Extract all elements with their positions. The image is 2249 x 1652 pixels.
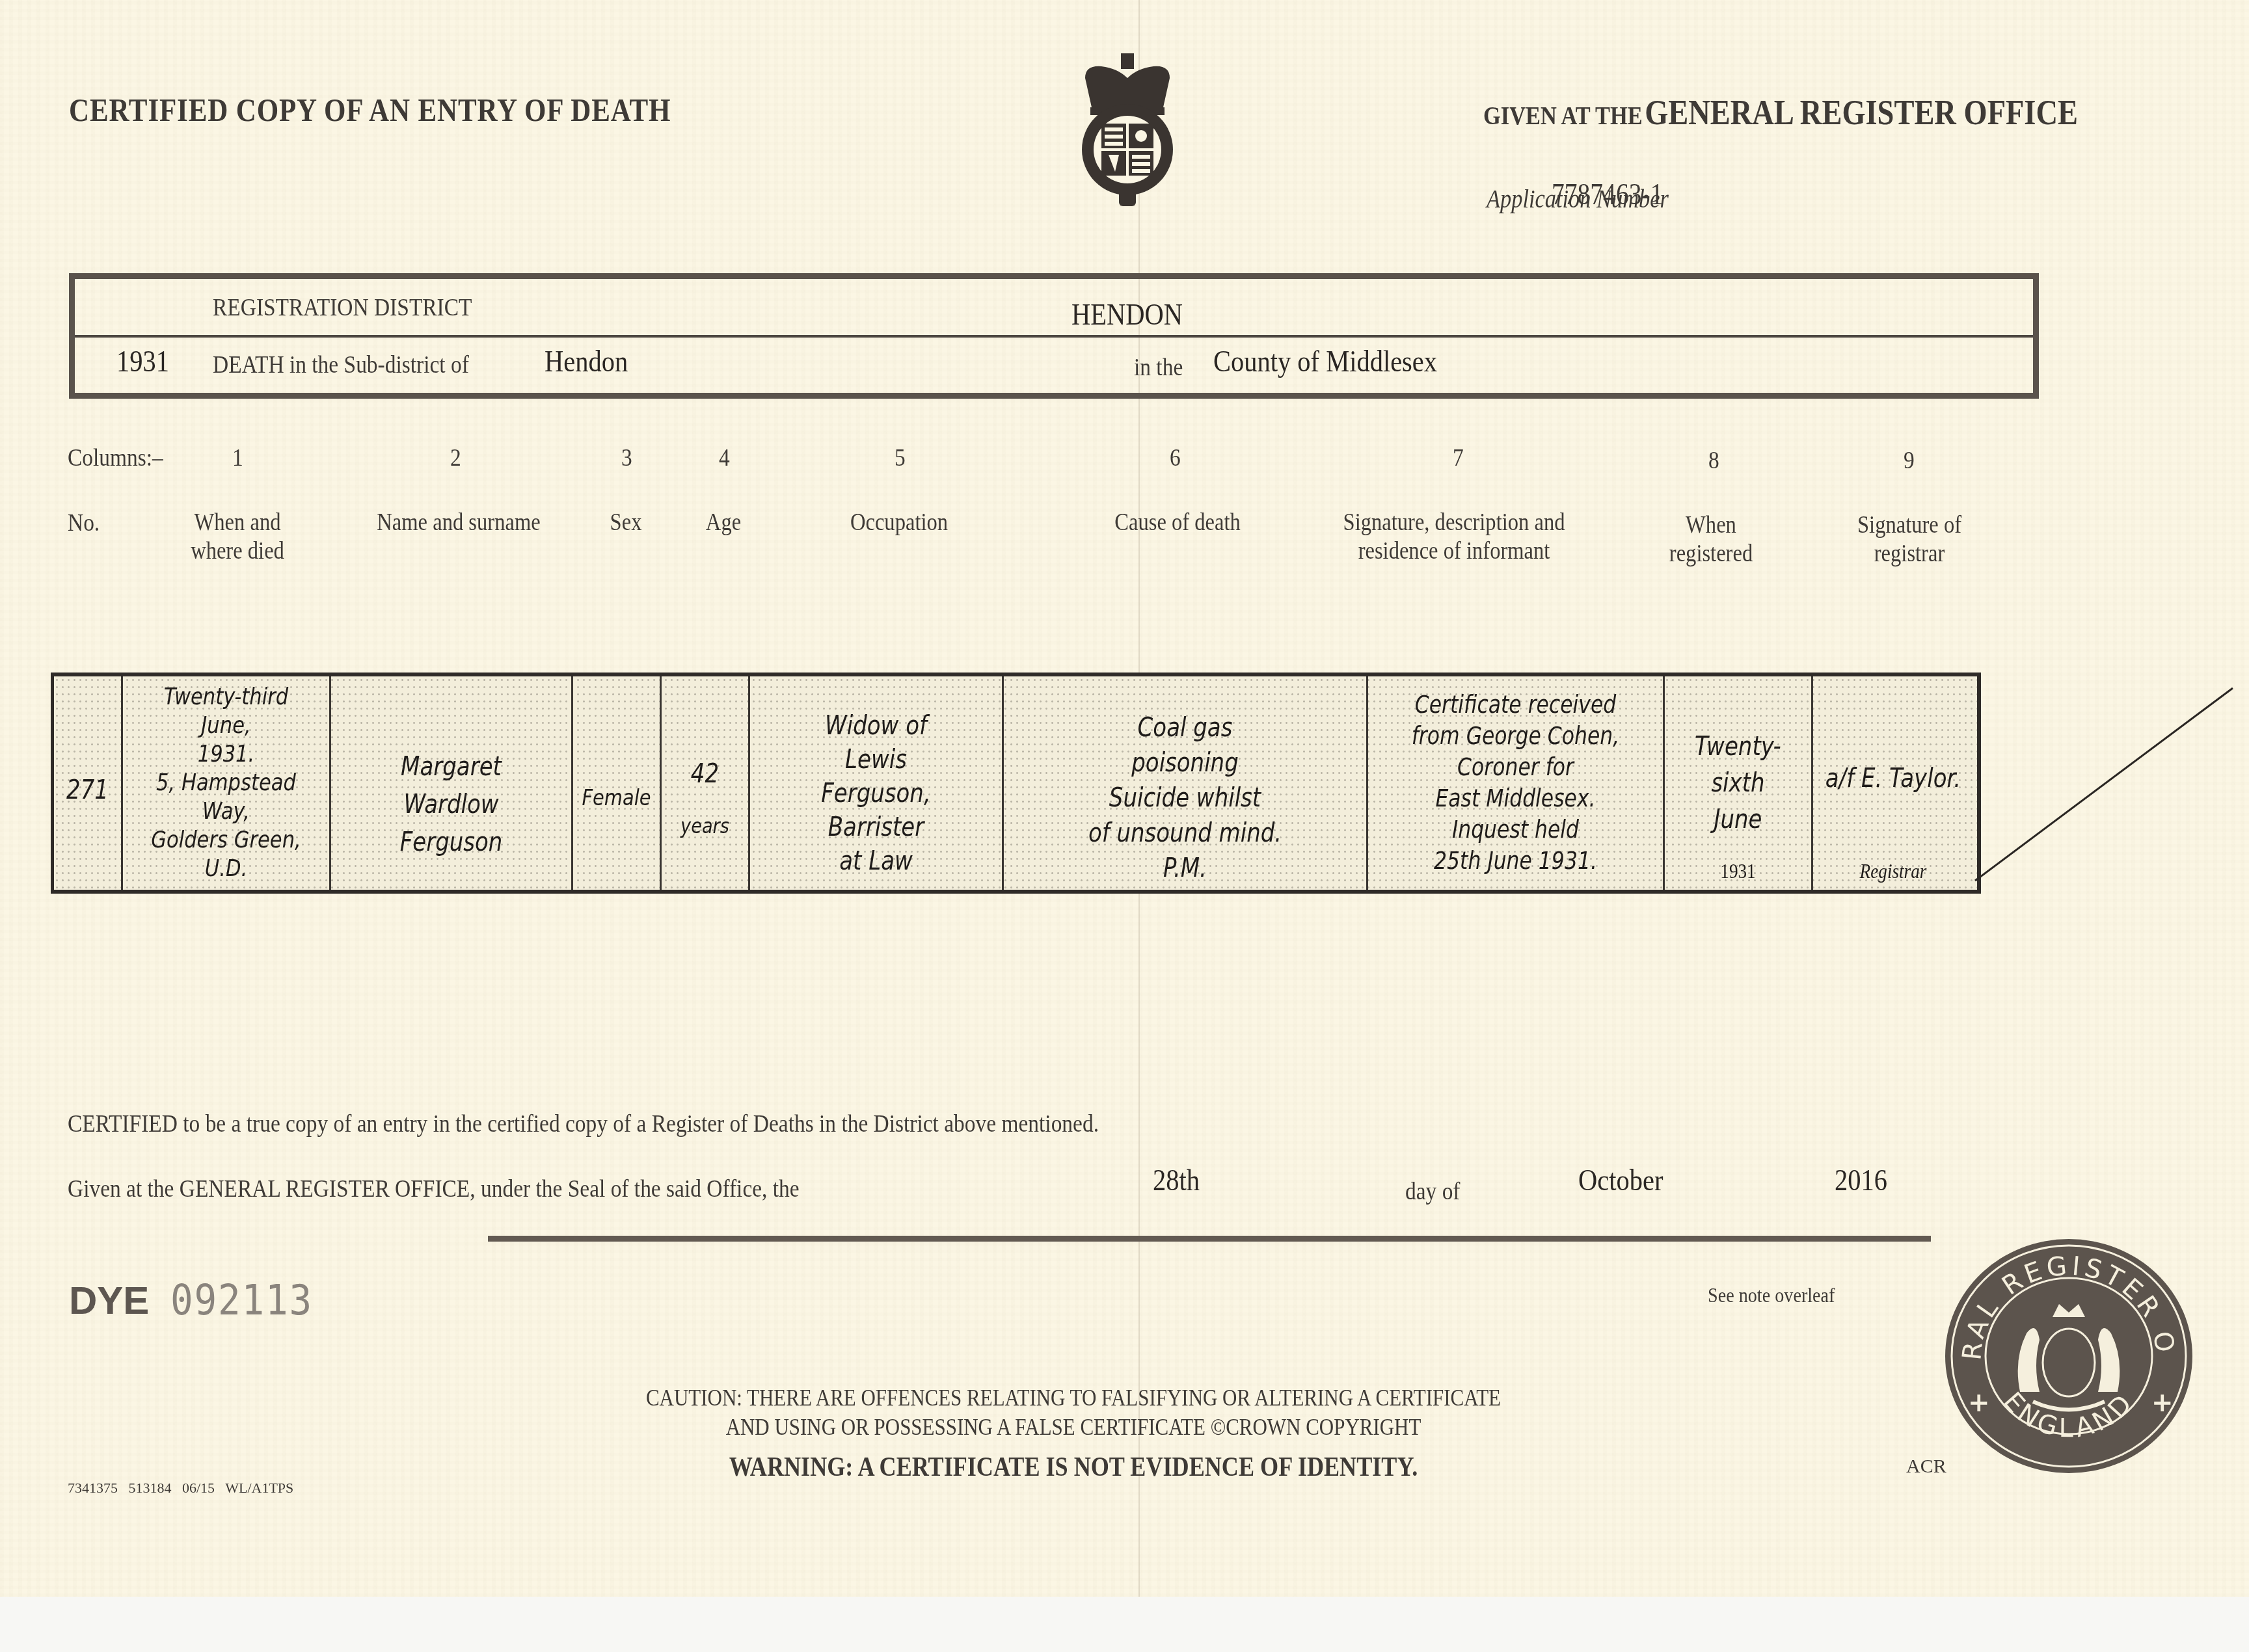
county-label: in the — [1134, 353, 1183, 382]
day-of-label: day of — [1405, 1177, 1461, 1206]
heading-when-registered: When registered — [1654, 511, 1768, 568]
hand-line: Way, — [139, 797, 314, 826]
when-where-died-text: Twenty-third June, 1931. 5, Hampstead Wa… — [139, 683, 314, 883]
column-number-4: 4 — [719, 444, 730, 472]
entry-cell-sex: Female — [573, 676, 662, 890]
hand-line: June — [1676, 801, 1800, 838]
name-text: Margaret Wardlow Ferguson — [349, 748, 554, 861]
caution-line-1: CAUTION: THERE ARE OFFENCES RELATING TO … — [486, 1384, 1661, 1411]
heading-line: where died — [166, 537, 309, 566]
identity-warning: WARNING: A CERTIFICATE IS NOT EVIDENCE O… — [486, 1452, 1661, 1483]
hand-line: 5, Hampstead — [139, 769, 314, 797]
hand-line: Barrister — [769, 810, 983, 844]
hand-line: Inquest held — [1390, 814, 1641, 846]
entry-cell-informant: Certificate received from George Cohen, … — [1368, 676, 1665, 890]
heading-occupation: Occupation — [830, 509, 967, 537]
hand-line: 25th June 1931. — [1390, 846, 1641, 877]
hand-line: Margaret — [349, 748, 554, 786]
registration-district-value: HENDON — [1071, 297, 1183, 332]
heading-line: When — [1654, 511, 1768, 540]
registered-year: 1931 — [1676, 853, 1800, 888]
hand-line: Twenty-third — [139, 683, 314, 712]
royal-crest-icon — [1072, 52, 1183, 208]
hand-line: June, — [139, 712, 314, 740]
hand-line: Suicide whilst — [1031, 780, 1339, 816]
column-number-8: 8 — [1708, 446, 1719, 475]
heading-cause-of-death: Cause of death — [1092, 509, 1263, 537]
office-initials: ACR — [1906, 1456, 1946, 1478]
entry-cell-cause: Coal gas poisoning Suicide whilst of uns… — [1004, 676, 1368, 890]
columns-label: Columns:– — [68, 444, 163, 472]
hand-line: East Middlesex. — [1390, 783, 1641, 814]
serial-prefix: DYE — [69, 1278, 149, 1323]
column-number-6: 6 — [1170, 444, 1181, 472]
hand-line: P.M. — [1031, 851, 1339, 886]
heading-line: Signature, description and — [1334, 509, 1574, 537]
column-number-7: 7 — [1453, 444, 1464, 472]
cause-of-death-text: Coal gas poisoning Suicide whilst of uns… — [1031, 710, 1339, 886]
hand-line: Ferguson, — [769, 777, 983, 810]
registrar-signature: a/f E. Taylor. — [1825, 761, 1961, 796]
heading-line: residence of informant — [1334, 537, 1574, 566]
certification-statement: CERTIFIED to be a true copy of an entry … — [68, 1110, 1099, 1138]
hand-line: Golders Green, — [139, 826, 314, 855]
hand-line: U.D. — [139, 855, 314, 883]
entry-cell-when-registered: Twenty- sixth June 1931 — [1665, 676, 1813, 890]
age-text: 42 years — [668, 748, 742, 852]
hand-line: from George Cohen, — [1390, 721, 1641, 752]
hand-line: Wardlow — [349, 786, 554, 823]
registration-district-box: REGISTRATION DISTRICT HENDON 1931 DEATH … — [69, 273, 2039, 399]
gro-seal-icon: GENERAL REGISTER OFFICE ENGLAND + + — [1942, 1236, 2196, 1476]
hand-line: at Law — [769, 844, 983, 878]
registration-year: 1931 — [116, 344, 169, 379]
heading-when-where-died: When and where died — [166, 509, 309, 566]
registration-district-label: REGISTRATION DISTRICT — [213, 293, 472, 322]
certification-month: October — [1578, 1163, 1663, 1197]
column-number-2: 2 — [450, 444, 461, 472]
registrar-label: Registrar — [1825, 853, 1961, 888]
heading-age: Age — [695, 509, 752, 537]
issuing-office-heading: GIVEN AT THE GENERAL REGISTER OFFICE — [1483, 92, 2078, 133]
column-number-1: 1 — [232, 444, 243, 472]
hand-line: poisoning — [1031, 745, 1339, 780]
heading-registrar-signature: Signature of registrar — [1844, 511, 1975, 568]
heading-no: No. — [68, 509, 100, 537]
entry-cell-age: 42 years — [662, 676, 750, 890]
heading-line: registered — [1654, 540, 1768, 568]
hand-line: Lewis — [769, 743, 983, 777]
column-number-5: 5 — [895, 444, 906, 472]
entry-cell-when-where: Twenty-third June, 1931. 5, Hampstead Wa… — [123, 676, 331, 890]
death-entry-row: 271 Twenty-third June, 1931. 5, Hampstea… — [51, 673, 1981, 894]
hand-line: sixth — [1676, 765, 1800, 801]
entry-cell-occupation: Widow of Lewis Ferguson, Barrister at La… — [750, 676, 1004, 890]
sex-text: Female — [580, 780, 653, 816]
hand-line: Twenty- — [1676, 728, 1800, 765]
hand-line: Coroner for — [1390, 752, 1641, 783]
heading-name-surname: Name and surname — [364, 509, 553, 537]
form-code: 7341375 513184 06/15 WL/A1TPS — [68, 1480, 293, 1497]
informant-text: Certificate received from George Cohen, … — [1390, 689, 1641, 877]
hand-line: years — [668, 800, 742, 852]
see-note-overleaf: See note overleaf — [1708, 1283, 1835, 1307]
heading-sex: Sex — [597, 509, 654, 537]
application-number-value: 7787463-1 — [1552, 177, 1663, 211]
heading-line: Signature of — [1844, 511, 1975, 540]
cancel-stroke-line — [1974, 686, 2234, 887]
district-divider — [75, 335, 2033, 338]
hand-line: Widow of — [769, 709, 983, 743]
heading-line: When and — [166, 509, 309, 537]
column-number-3: 3 — [621, 444, 632, 472]
column-number-9: 9 — [1904, 446, 1915, 475]
certification-year: 2016 — [1835, 1163, 1887, 1197]
serial-number: 092113 — [170, 1277, 313, 1325]
subdistrict-value: Hendon — [545, 344, 628, 379]
hand-line: Ferguson — [349, 823, 554, 861]
occupation-text: Widow of Lewis Ferguson, Barrister at La… — [769, 709, 983, 878]
hand-line: 42 — [668, 748, 742, 800]
subdistrict-label: DEATH in the Sub-district of — [213, 351, 469, 379]
svg-text:+: + — [1968, 1388, 1990, 1418]
hand-line: Certificate received — [1390, 689, 1641, 721]
entry-cell-registrar: a/f E. Taylor. Registrar — [1813, 676, 1973, 890]
entry-cell-name: Margaret Wardlow Ferguson — [331, 676, 573, 890]
heading-line: registrar — [1844, 540, 1975, 568]
heading-informant: Signature, description and residence of … — [1334, 509, 1574, 566]
entry-number: 271 — [59, 773, 116, 808]
hand-line: Coal gas — [1031, 710, 1339, 745]
caution-line-2: AND USING OR POSSESSING A FALSE CERTIFIC… — [486, 1413, 1661, 1441]
svg-text:+: + — [2151, 1388, 2174, 1418]
certificate-title: CERTIFIED COPY OF AN ENTRY OF DEATH — [69, 91, 671, 129]
given-at-prefix: GIVEN AT THE — [1483, 101, 1643, 130]
office-name: GENERAL REGISTER OFFICE — [1645, 93, 2078, 132]
entry-cell-no: 271 — [54, 676, 123, 890]
certification-day: 28th — [1153, 1163, 1200, 1197]
given-at-statement: Given at the GENERAL REGISTER OFFICE, un… — [68, 1175, 800, 1203]
when-registered-text: Twenty- sixth June — [1676, 728, 1800, 838]
signature-rule — [488, 1236, 1931, 1242]
hand-line: 1931. — [139, 740, 314, 769]
county-value: County of Middlesex — [1213, 344, 1437, 379]
hand-line: of unsound mind. — [1031, 816, 1339, 851]
